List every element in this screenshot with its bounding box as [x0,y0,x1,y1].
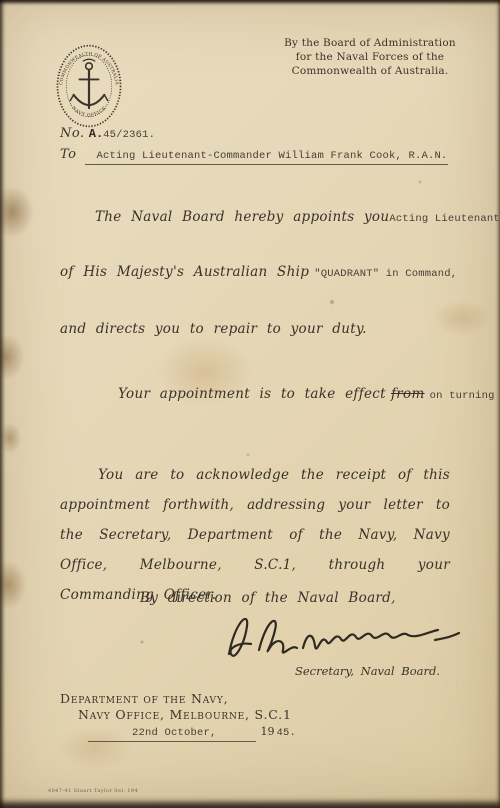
ship-printed-text: of His Majesty's Australian Ship [60,264,309,280]
appointment-typed-rank: Acting Lieutenant-Commander, [389,213,500,225]
reference-prefix: A. [89,127,103,141]
reference-label: No. [60,126,85,141]
year-printed: 19 [260,725,274,738]
effect-typed-text: on turning over. [430,390,500,402]
date-line: 22nd October, 19 45. [88,720,296,742]
department-line-1: Department of the Navy, [60,691,228,706]
year-typed: 45. [276,727,296,739]
board-line-2: for the Naval Forces of the [283,50,457,64]
acknowledge-paragraph: You are to acknowledge the receipt of th… [60,460,450,610]
addressee-name: Acting Lieutenant-Commander William Fran… [97,150,448,162]
ship-typed-name: "QUADRANT" in Command, [314,268,457,280]
addressee-label: To [60,147,77,162]
board-of-administration-block: By the Board of Administration for the N… [283,36,457,78]
effect-printed-text: Your appointment is to take effect [118,386,386,402]
appointment-line: The Naval Board hereby appoints youActin… [95,206,500,225]
navy-office-seal: COMMONWEALTH OF AUSTRALIA · NAVY OFFICE … [52,42,126,130]
addressee-line: To Acting Lieutenant-Commander William F… [60,147,444,165]
appointment-printed-text: The Naval Board hereby appoints you [95,209,389,225]
signature-handwriting [215,604,465,666]
effect-struck-word: from [391,386,425,402]
board-line-1: By the Board of Administration [283,36,457,50]
directs-line: and directs you to repair to your duty. [60,318,367,337]
ship-line: of His Majesty's Australian Ship "QUADRA… [60,261,457,280]
date-typed: 22nd October, [132,727,217,739]
date-underline: 22nd October, [88,720,256,742]
signature-title: Secretary, Naval Board. [290,664,440,678]
addressee-underline: Acting Lieutenant-Commander William Fran… [85,147,448,165]
directs-printed-text: and directs you to repair to your duty. [60,321,367,337]
board-line-3: Commonwealth of Australia. [283,64,457,78]
anchor-icon [70,59,107,108]
appointment-letter-page: COMMONWEALTH OF AUSTRALIA · NAVY OFFICE … [0,0,500,808]
printer-imprint: 4047-41 Stuart Taylor Sel. 194 [48,788,138,794]
effect-line: Your appointment is to take effect from … [118,383,500,402]
reference-number: 45/2361. [103,129,155,141]
reference-number-line: No. A.45/2361. [60,126,155,141]
